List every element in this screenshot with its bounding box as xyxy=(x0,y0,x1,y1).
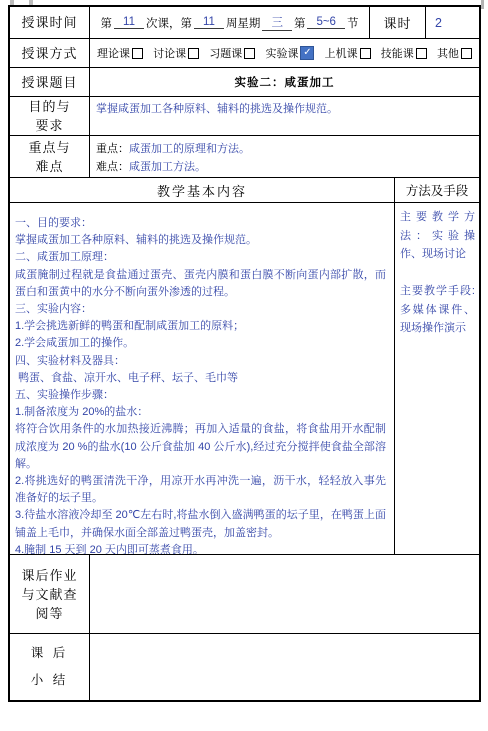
template-text: 第 xyxy=(101,15,113,31)
homework-label: 课后作业与文献查阅等 xyxy=(10,555,90,633)
keypoint-text: 咸蛋加工的原理和方法。 xyxy=(129,143,250,155)
methods-and-means-text[interactable]: 主要教学方法：实验操作、现场讨论 主要教学手段:多媒体课件、现场操作演示 xyxy=(395,203,479,554)
row-purpose: 目的与要求 掌握咸蛋加工各种原料、辅料的挑选及操作规范。 xyxy=(10,97,479,136)
summary-label: 课 后小 结 xyxy=(10,634,90,700)
course-type-option: 理论课 xyxy=(97,45,143,61)
checkbox-icon[interactable] xyxy=(132,48,143,59)
course-type-option-label: 习题课 xyxy=(209,45,242,61)
content-paragraph: 1.制备浓度为 20%的盐水： xyxy=(15,404,386,421)
row-teaching-time: 授课时间 第11次课，第11周星期三第5~6节 课时 2 xyxy=(10,7,479,39)
content-paragraph: 2.学会咸蛋加工的操作。 xyxy=(15,335,386,352)
teaching-time-label: 授课时间 xyxy=(10,7,90,38)
course-type-option-label: 技能课 xyxy=(381,45,414,61)
course-type-option: 习题课 xyxy=(209,45,255,61)
course-type-option-label: 实验课 xyxy=(265,45,298,61)
template-text: 节 xyxy=(347,15,359,31)
course-type-option: 上机课 xyxy=(325,45,371,61)
lesson-title-label: 授课题目 xyxy=(10,68,90,96)
course-type-option-label: 讨论课 xyxy=(153,45,186,61)
screen-edge-artifact xyxy=(481,0,484,9)
blank-fill-value[interactable]: 11 xyxy=(194,16,224,29)
row-main-content: 一、目的要求：掌握咸蛋加工各种原料、辅料的挑选及操作规范。二、咸蛋加工原理：咸蛋… xyxy=(10,203,479,555)
text-line: 课 后 xyxy=(31,640,68,667)
content-paragraph: 四、实验材料及器具： xyxy=(15,353,386,370)
keypoint-line: 难点：咸蛋加工方法。 xyxy=(96,158,471,176)
template-text: 周星期 xyxy=(226,15,261,31)
text-line: 小 结 xyxy=(31,667,68,694)
text-line: 难点 xyxy=(35,157,63,176)
content-paragraph: 将符合饮用条件的水加热接近沸腾；再加入适量的食盐，将食盐用开水配制成浓度为 20… xyxy=(15,421,386,473)
text-line: 与文献查 xyxy=(21,585,77,604)
text-line: 阅等 xyxy=(35,604,63,623)
content-paragraph: 2.将挑选好的鸭蛋清洗干净，用凉开水再冲洗一遍，沥干水，轻轻放入事先准备好的坛子… xyxy=(15,473,386,507)
content-paragraph: 咸蛋腌制过程就是食盐通过蛋壳、蛋壳内膜和蛋白膜不断向蛋内部扩散，而蛋白和蛋黄中的… xyxy=(15,267,386,301)
content-paragraph: 五、实验操作步骤： xyxy=(15,387,386,404)
content-paragraph: 二、咸蛋加工原理： xyxy=(15,249,386,266)
content-paragraph: 一、目的要求： xyxy=(15,215,386,232)
basic-content-header: 教学基本内容 xyxy=(10,178,395,202)
row-teaching-method: 授课方式 理论课讨论课习题课实验课✓上机课技能课其他 xyxy=(10,39,479,68)
text-line xyxy=(400,264,475,283)
methods-header: 方法及手段 xyxy=(395,178,479,202)
course-type-option-label: 上机课 xyxy=(325,45,358,61)
purpose-value[interactable]: 掌握咸蛋加工各种原料、辅料的挑选及操作规范。 xyxy=(90,97,479,135)
text-line: 要求 xyxy=(35,116,63,135)
checkbox-icon[interactable] xyxy=(416,48,427,59)
class-hours-label: 课时 xyxy=(370,7,426,38)
template-text: 次课，第 xyxy=(146,15,192,31)
blank-fill-value[interactable]: 5~6 xyxy=(307,16,345,29)
checkbox-icon[interactable] xyxy=(461,48,472,59)
course-type-option: 实验课✓ xyxy=(265,45,314,61)
text-line: 课后作业 xyxy=(21,566,77,585)
content-paragraph: 鸭蛋、食盐、凉开水、电子秤、坛子、毛巾等 xyxy=(15,370,386,387)
lesson-plan-table: 授课时间 第11次课，第11周星期三第5~6节 课时 2 授课方式 理论课讨论课… xyxy=(8,5,481,702)
checkbox-icon[interactable] xyxy=(244,48,255,59)
teaching-time-value[interactable]: 第11次课，第11周星期三第5~6节 xyxy=(90,7,370,38)
blank-fill-value[interactable]: 11 xyxy=(114,16,144,29)
keypoints-label: 重点与难点 xyxy=(10,136,90,177)
checkbox-icon[interactable] xyxy=(360,48,371,59)
text-line: 主要教学方法：实验操作、现场讨论 xyxy=(400,208,475,264)
keypoint-prefix: 重点： xyxy=(96,143,129,155)
course-type-option: 技能课 xyxy=(381,45,427,61)
teaching-content-text[interactable]: 一、目的要求：掌握咸蛋加工各种原料、辅料的挑选及操作规范。二、咸蛋加工原理：咸蛋… xyxy=(10,203,395,554)
checkbox-icon[interactable] xyxy=(188,48,199,59)
text-line: 主要教学手段:多媒体课件、现场操作演示 xyxy=(400,282,475,338)
course-type-option-label: 其他 xyxy=(437,45,459,61)
content-paragraph: 1.学会挑选新鲜的鸭蛋和配制咸蛋加工的原料； xyxy=(15,318,386,335)
template-text: 第 xyxy=(294,15,306,31)
keypoints-value[interactable]: 重点：咸蛋加工的原理和方法。难点：咸蛋加工方法。 xyxy=(90,136,479,177)
homework-value[interactable] xyxy=(90,555,479,633)
teaching-method-label: 授课方式 xyxy=(10,39,90,67)
content-paragraph: 3.待盐水溶液冷却至 20℃左右时,将盐水倒入盛满鸭蛋的坛子里，在鸭蛋上面铺盖上… xyxy=(15,507,386,541)
keypoint-line: 重点：咸蛋加工的原理和方法。 xyxy=(96,140,471,158)
row-keypoints: 重点与难点 重点：咸蛋加工的原理和方法。难点：咸蛋加工方法。 xyxy=(10,136,479,178)
content-paragraph: 三、实验内容： xyxy=(15,301,386,318)
course-type-option-label: 理论课 xyxy=(97,45,130,61)
purpose-label: 目的与要求 xyxy=(10,97,90,135)
course-type-option: 其他 xyxy=(437,45,472,61)
keypoint-prefix: 难点： xyxy=(96,161,129,173)
checkbox-checked-icon[interactable]: ✓ xyxy=(300,46,314,60)
class-hours-value[interactable]: 2 xyxy=(426,7,479,38)
course-type-options: 理论课讨论课习题课实验课✓上机课技能课其他 xyxy=(90,39,479,67)
row-homework: 课后作业与文献查阅等 xyxy=(10,555,479,634)
content-paragraph: 4.腌制 15 天到 20 天内即可蒸煮食用。 xyxy=(15,542,386,554)
text-line: 重点与 xyxy=(28,138,70,157)
blank-fill-value[interactable]: 三 xyxy=(262,14,292,31)
row-summary: 课 后小 结 xyxy=(10,634,479,700)
course-type-option: 讨论课 xyxy=(153,45,199,61)
keypoint-text: 咸蛋加工方法。 xyxy=(129,161,206,173)
row-lesson-title: 授课题目 实验二：咸蛋加工 xyxy=(10,68,479,97)
text-line: 目的与 xyxy=(28,97,70,116)
lesson-title-value[interactable]: 实验二：咸蛋加工 xyxy=(90,68,479,96)
summary-value[interactable] xyxy=(90,634,479,700)
content-paragraph: 掌握咸蛋加工各种原料、辅料的挑选及操作规范。 xyxy=(15,232,386,249)
row-content-header: 教学基本内容 方法及手段 xyxy=(10,178,479,203)
